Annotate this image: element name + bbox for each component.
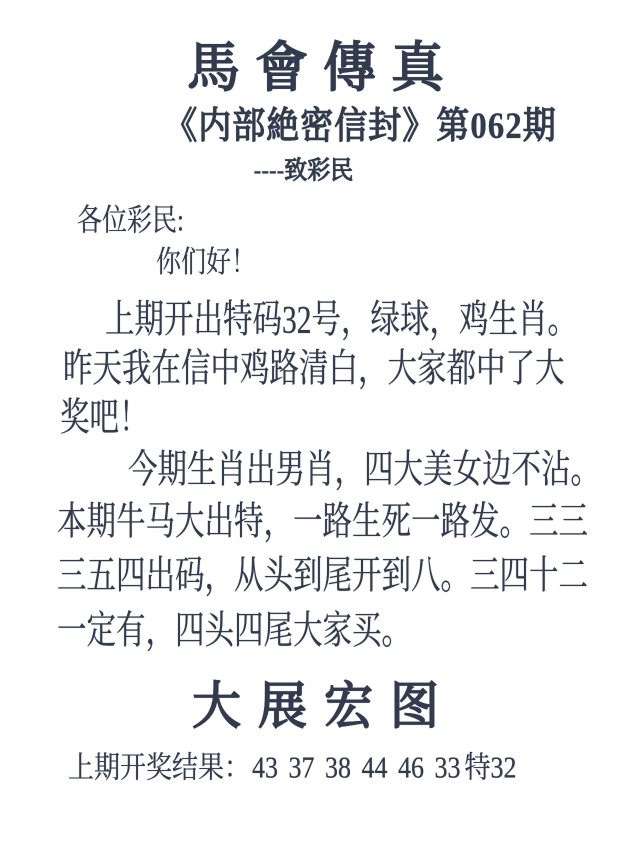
letter-line-previous-draw: 上期开出特码32号，绿球，鸡生肖。	[105, 302, 577, 341]
previous-draw-special-number: 特32	[465, 751, 517, 785]
previous-draw-numbers: 43 37 38 44 46 33	[252, 751, 461, 785]
letter-line-tip: 本期牛马大出特，一路生死一路发。三三	[57, 504, 588, 543]
letter-line-tip: 一定有，四头四尾大家买。	[57, 613, 411, 652]
document-title: 馬會傳真	[0, 42, 631, 96]
letter-line: 昨天我在信中鸡路清白，大家都中了大	[63, 351, 565, 390]
letter-line-tip: 三五四出码，从头到尾开到八。三四十二	[57, 558, 588, 597]
previous-draw-results-label: 上期开奖结果：	[68, 751, 250, 785]
dedication-line: ----致彩民	[0, 158, 619, 183]
greeting: 你们好！	[156, 248, 256, 278]
salutation: 各位彩民:	[77, 206, 184, 237]
slogan: 大展宏图	[0, 681, 631, 732]
previous-draw-results-line: 上期开奖结果：43 37 38 44 46 33特32	[68, 753, 517, 783]
letter-line: 奖吧！	[60, 400, 149, 439]
document-subtitle-issue: 《内部絶密信封》第062期	[45, 109, 631, 146]
fax-document-page: 馬會傳真 《内部絶密信封》第062期 ----致彩民 各位彩民: 你们好！ 上期…	[0, 0, 631, 853]
letter-line-tip: 今期生肖出男肖，四大美女边不沾。	[128, 452, 600, 491]
